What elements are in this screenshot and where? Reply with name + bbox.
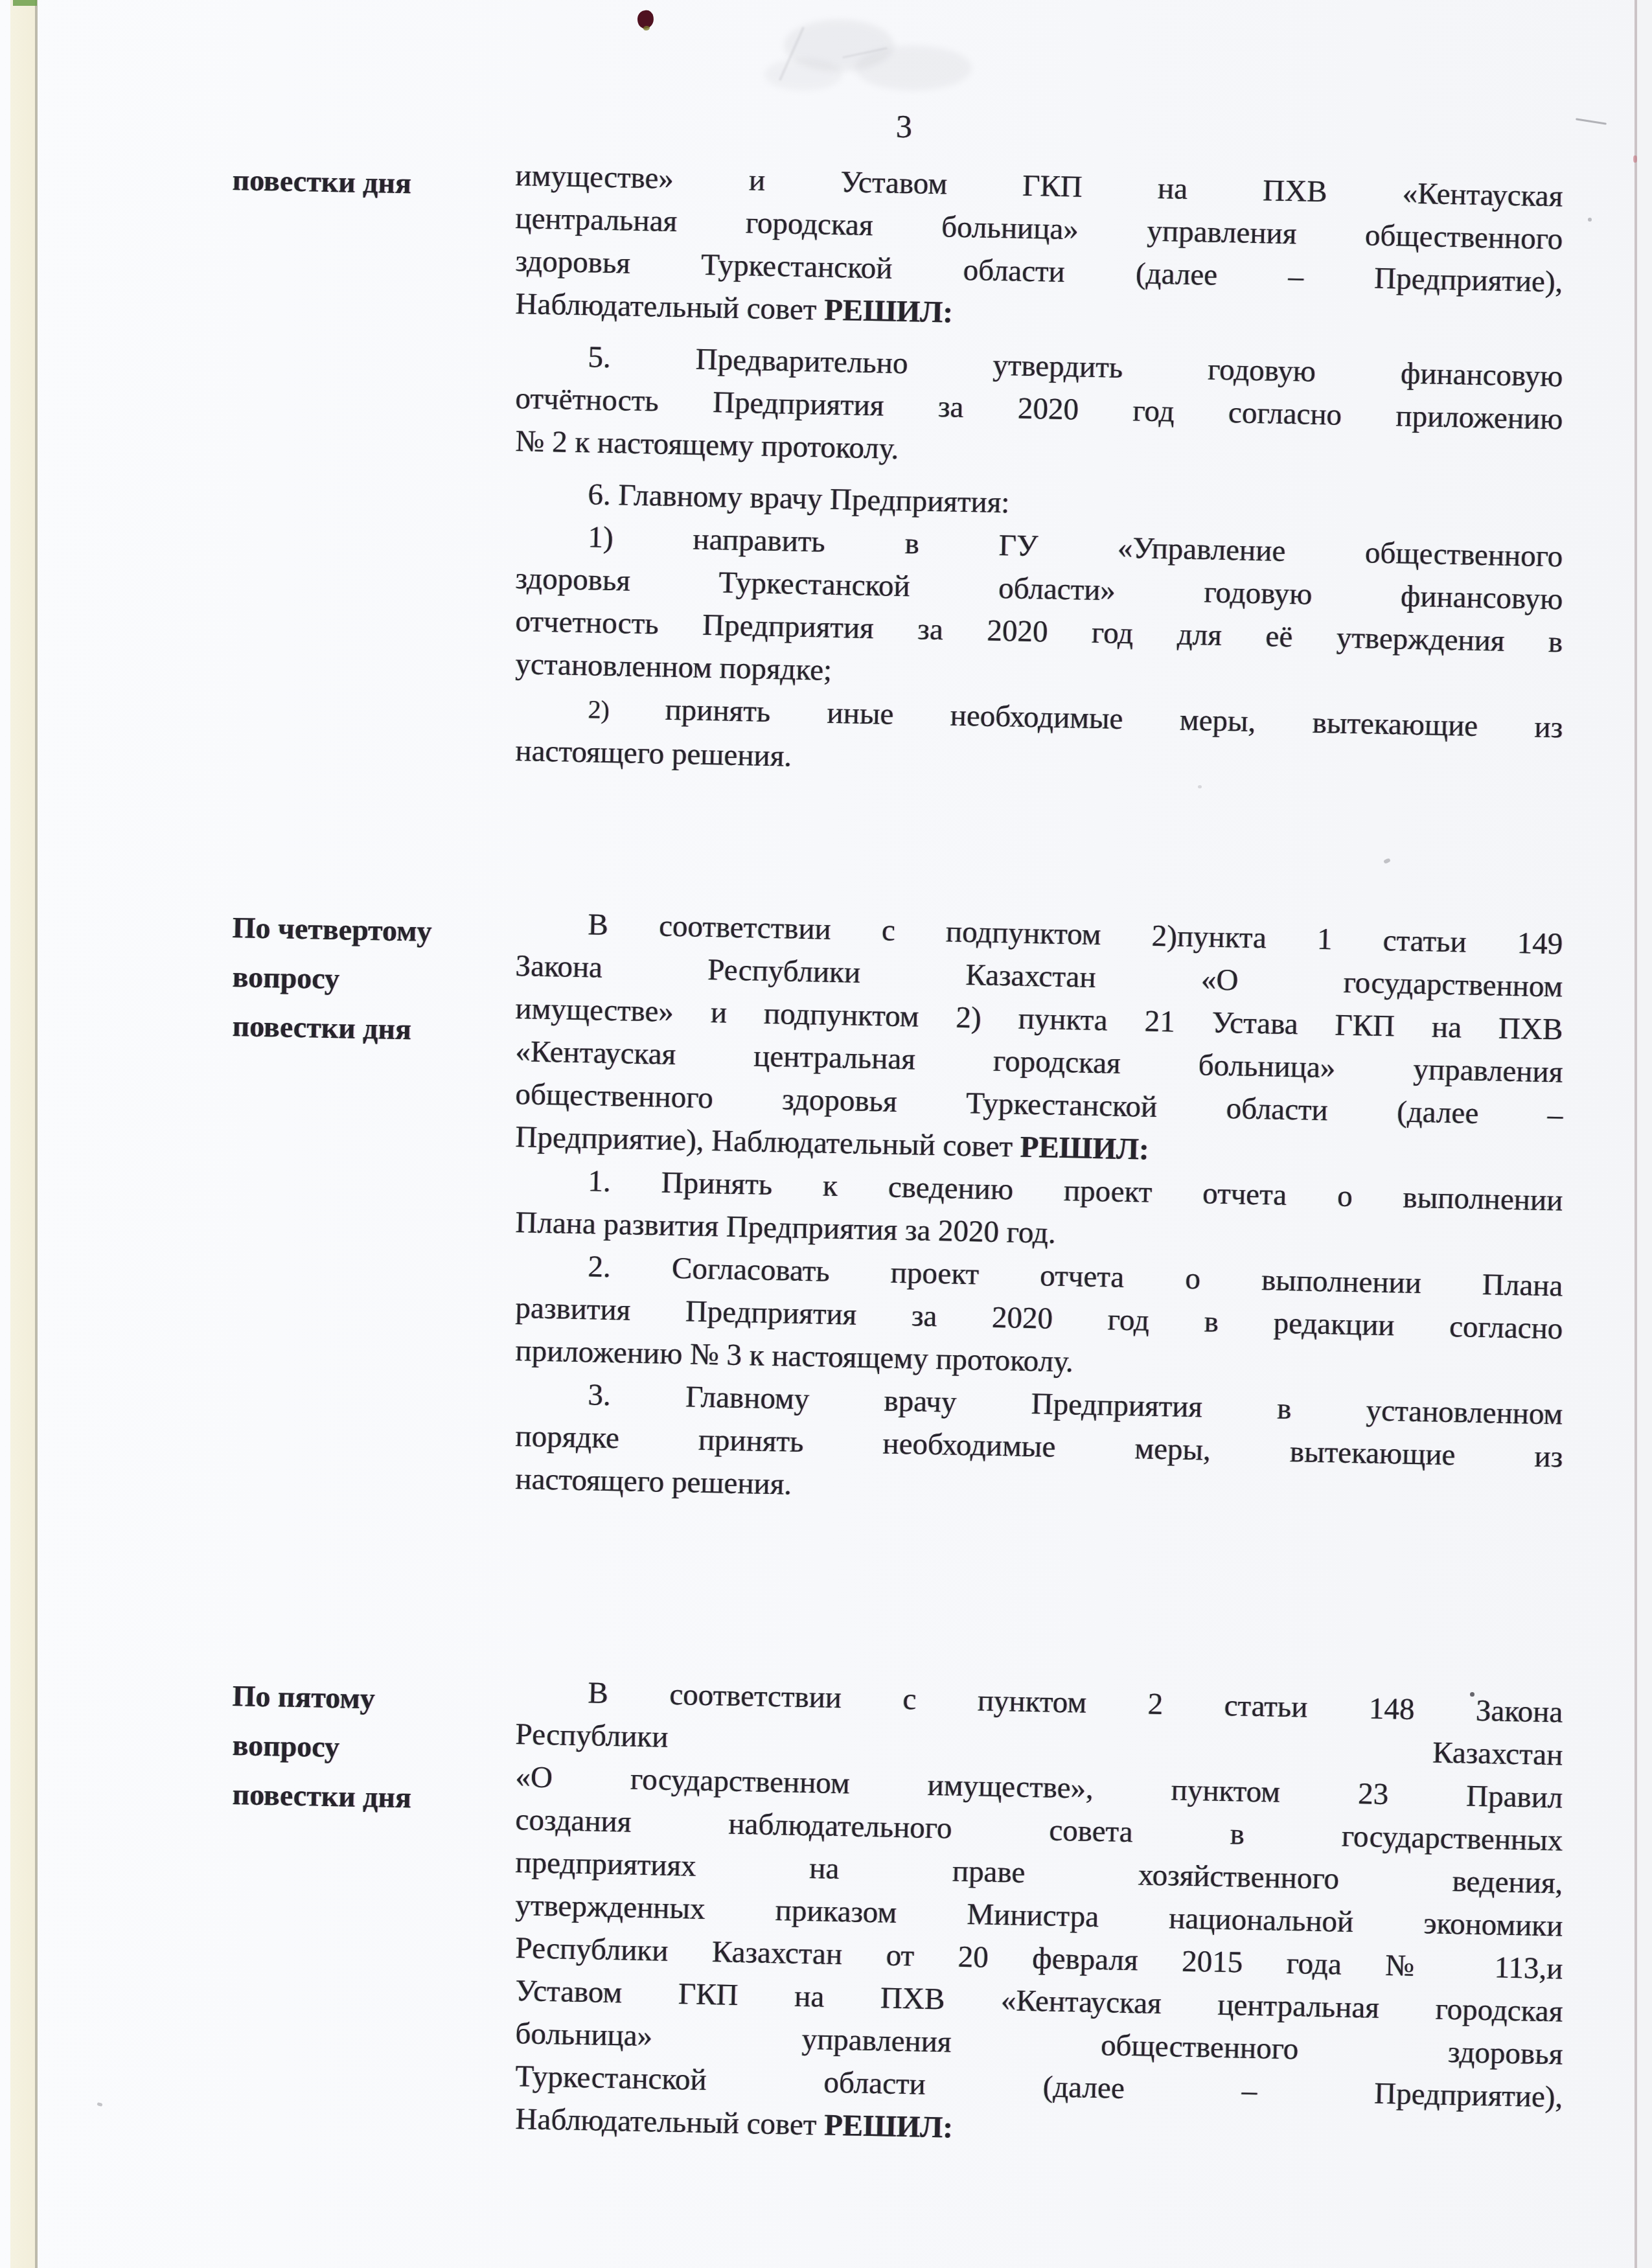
scan-edge-right-line bbox=[1635, 0, 1637, 2268]
section-label-line: повестки дня bbox=[232, 1002, 518, 1056]
smudge-blob bbox=[764, 58, 842, 91]
section-label-line: вопросу bbox=[232, 952, 518, 1007]
scan-speck bbox=[1588, 218, 1592, 222]
section-label-line: По четвертому bbox=[232, 903, 518, 957]
section-body: В соответствии с пунктом 2 статьи 148 За… bbox=[515, 1670, 1563, 2140]
scan-edge-green-mark bbox=[13, 0, 37, 6]
page-number: 3 bbox=[895, 108, 912, 145]
smudge-blob bbox=[855, 45, 972, 91]
section-label-line: повестки дня bbox=[232, 1770, 518, 1824]
smudge-mark bbox=[745, 13, 1017, 117]
section-label: повестки дня bbox=[232, 155, 517, 205]
section-body: имуществе» и Уставом ГКП на ПХВ «Кентаус… bbox=[515, 154, 1563, 772]
section-label-line: По пятому bbox=[232, 1671, 518, 1726]
scanned-document-page: { "page": { "number": "3" }, "colors": {… bbox=[0, 0, 1652, 2268]
section-label-line: повестки дня bbox=[232, 155, 518, 210]
scan-speck bbox=[1633, 155, 1637, 163]
section-label: По пятомувопросуповестки дня bbox=[232, 1671, 517, 1819]
scan-edge-right-strip bbox=[1637, 0, 1652, 2268]
scan-edge-left-strip bbox=[10, 0, 38, 2268]
section-label-line: вопросу bbox=[232, 1721, 518, 1775]
section-label: По четвертомувопросуповестки дня bbox=[232, 903, 517, 1051]
section-body: В соответствии с подпунктом 2)пункта 1 с… bbox=[515, 902, 1563, 1500]
